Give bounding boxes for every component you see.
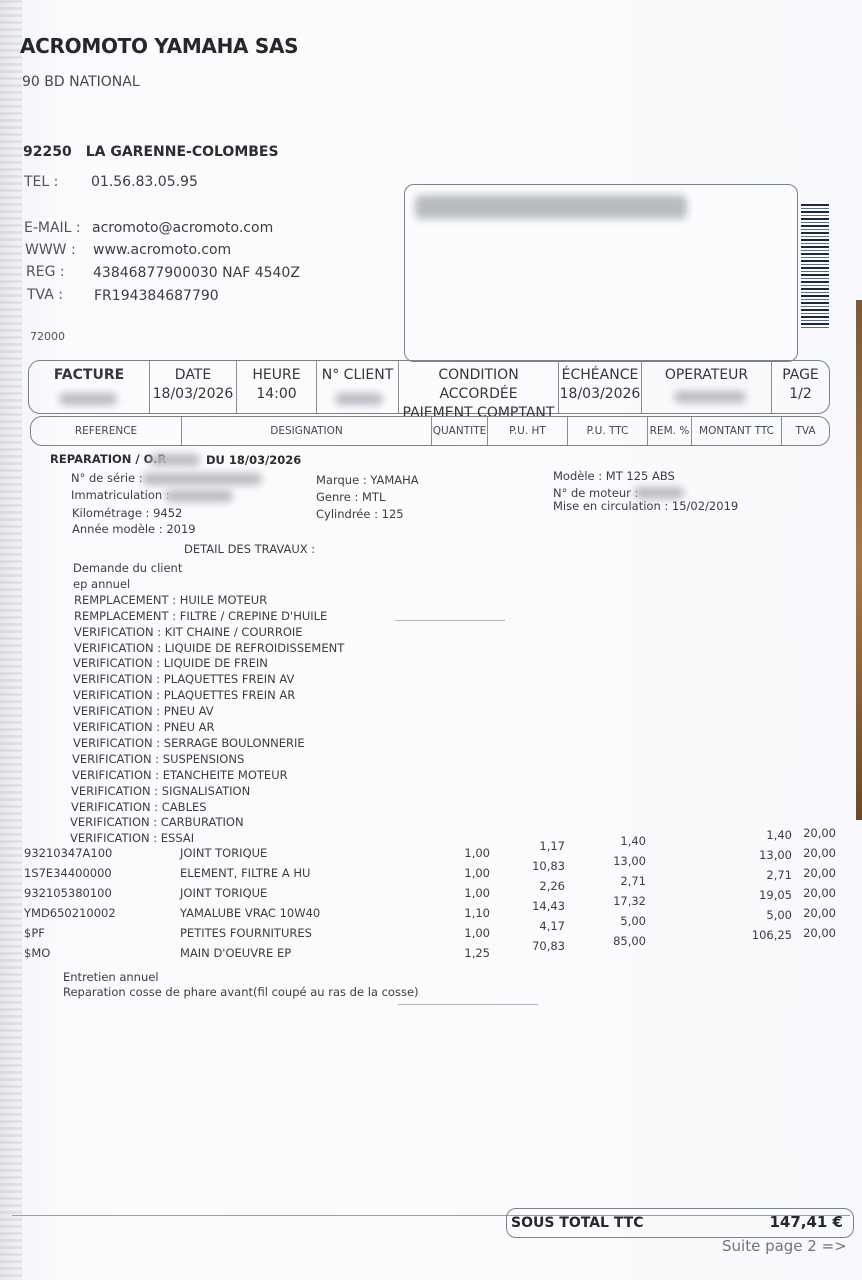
annee-modele: Année modèle : 2019	[72, 522, 196, 536]
work-line: VERIFICATION : LIQUIDE DE FREIN	[73, 656, 268, 670]
work-line: VERIFICATION : CABLES	[71, 800, 207, 814]
heure-label: HEURE	[237, 366, 316, 385]
mise-en-circulation: Mise en circulation : 15/02/2019	[553, 499, 738, 513]
item-quantity: 1,00	[430, 846, 490, 860]
item-reference: 932105380100	[24, 886, 112, 900]
tva-label: TVA :	[27, 287, 63, 303]
item-tva: 20,00	[776, 866, 836, 880]
item-pu-ht: 70,83	[505, 939, 565, 953]
reg-label: REG :	[26, 264, 65, 280]
work-line: ep annuel	[73, 577, 130, 591]
kilometrage: Kilométrage : 9452	[72, 506, 182, 520]
facture-label: FACTURE	[29, 366, 149, 385]
work-line: VERIFICATION : PLAQUETTES FREIN AR	[73, 688, 295, 702]
redacted-client-number	[335, 393, 383, 405]
note-2: Reparation cosse de phare avant(fil coup…	[63, 985, 419, 999]
item-reference: YMD650210002	[24, 906, 116, 920]
col-reference: REFERENCE	[31, 417, 181, 445]
item-tva: 20,00	[776, 906, 836, 920]
note-1: Entretien annuel	[63, 970, 159, 984]
background-edge	[856, 300, 862, 820]
redacted-serie	[142, 473, 262, 485]
heure-cell: HEURE 14:00	[236, 361, 316, 413]
item-tva: 20,00	[776, 926, 836, 940]
item-pu-ttc: 85,00	[586, 934, 646, 948]
item-pu-ttc: 13,00	[586, 854, 646, 868]
repair-title-date: DU 18/03/2026	[206, 453, 301, 467]
immat-label: Immatriculation :	[71, 488, 170, 502]
echeance-value: 18/03/2026	[559, 385, 641, 404]
item-designation: JOINT TORIQUE	[180, 886, 267, 900]
invoice-header-row: FACTURE DATE 18/03/2026 HEURE 14:00 N° C…	[28, 360, 830, 414]
item-designation: MAIN D'OEUVRE EP	[180, 946, 291, 960]
item-pu-ht: 2,26	[505, 879, 565, 893]
client-cell: N° CLIENT	[316, 361, 398, 413]
col-montant-ttc: MONTANT TTC	[691, 417, 781, 445]
work-line: VERIFICATION : PNEU AR	[73, 720, 215, 734]
barcode	[801, 204, 829, 328]
item-designation: YAMALUBE VRAC 10W40	[180, 906, 320, 920]
detail-title: DETAIL DES TRAVAUX :	[184, 542, 315, 556]
page-cell: PAGE 1/2	[771, 361, 829, 413]
item-reference: $PF	[24, 926, 45, 940]
recipient-address-box	[404, 184, 798, 362]
work-line: REMPLACEMENT : FILTRE / CREPINE D'HUILE	[74, 609, 327, 623]
email-value: acromoto@acromoto.com	[92, 220, 273, 236]
item-pu-ttc: 1,40	[586, 834, 646, 848]
date-label: DATE	[150, 366, 236, 385]
col-designation: DESIGNATION	[181, 417, 431, 445]
item-reference: 93210347A100	[24, 846, 112, 860]
item-tva: 20,00	[776, 846, 836, 860]
tel-value: 01.56.83.05.95	[91, 174, 198, 190]
redacted-or-number	[150, 454, 200, 466]
item-reference: 1S7E34400000	[24, 866, 112, 880]
work-line: REMPLACEMENT : HUILE MOTEUR	[74, 593, 267, 607]
modele: Modèle : MT 125 ABS	[553, 469, 675, 483]
item-pu-ht: 10,83	[505, 859, 565, 873]
item-quantity: 1,00	[430, 866, 490, 880]
item-designation: JOINT TORIQUE	[180, 846, 267, 860]
col-quantite: QUANTITE	[431, 417, 487, 445]
item-quantity: 1,25	[430, 946, 490, 960]
continued-note: Suite page 2 =>	[722, 1237, 847, 1255]
redacted-invoice-number	[59, 393, 117, 405]
item-tva: 20,00	[776, 886, 836, 900]
faint-dash	[395, 620, 505, 621]
col-pu-ttc: P.U. TTC	[567, 417, 647, 445]
work-line: VERIFICATION : ETANCHEITE MOTEUR	[72, 768, 288, 782]
col-tva: TVA	[781, 417, 829, 445]
work-line: VERIFICATION : SUSPENSIONS	[72, 752, 244, 766]
reg-value: 43846877900030 NAF 4540Z	[93, 265, 300, 281]
subtotal-box: SOUS TOTAL TTC 147,41 €	[506, 1208, 854, 1238]
cylindree: Cylindrée : 125	[316, 507, 404, 521]
item-pu-ttc: 17,32	[586, 894, 646, 908]
marque: Marque : YAMAHA	[316, 473, 419, 487]
client-label: N° CLIENT	[317, 366, 398, 385]
echeance-label: ÉCHÉANCE	[559, 366, 641, 385]
work-line: VERIFICATION : LIQUIDE DE REFROIDISSEMEN…	[74, 641, 344, 655]
company-name: ACROMOTO YAMAHA SAS	[20, 34, 298, 58]
redacted-recipient	[415, 195, 687, 219]
redacted-immat	[165, 490, 233, 502]
condition-label: CONDITION ACCORDÉE	[399, 366, 558, 404]
work-line: VERIFICATION : SIGNALISATION	[71, 784, 250, 798]
redacted-moteur	[634, 487, 684, 499]
item-quantity: 1,00	[430, 926, 490, 940]
column-header-row: REFERENCE DESIGNATION QUANTITE P.U. HT P…	[30, 416, 830, 446]
work-line: VERIFICATION : PNEU AV	[73, 704, 214, 718]
work-line: VERIFICATION : PLAQUETTES FREIN AV	[73, 672, 294, 686]
item-designation: ELEMENT, FILTRE A HU	[180, 866, 310, 880]
item-quantity: 1,10	[430, 906, 490, 920]
repair-title-prefix: REPARATION / O.R	[50, 452, 166, 466]
moteur-label: N° de moteur :	[553, 486, 638, 500]
invoice-page: ACROMOTO YAMAHA SAS 90 BD NATIONAL 92250…	[0, 0, 862, 1280]
item-quantity: 1,00	[430, 886, 490, 900]
item-pu-ttc: 2,71	[586, 874, 646, 888]
item-pu-ht: 4,17	[505, 919, 565, 933]
office-code: 72000	[30, 330, 65, 343]
operateur-cell: OPERATEUR	[641, 361, 771, 413]
date-value: 18/03/2026	[150, 385, 236, 404]
item-designation: PETITES FOURNITURES	[180, 926, 312, 940]
genre: Genre : MTL	[316, 490, 385, 504]
city-name: LA GARENNE-COLOMBES	[86, 144, 279, 160]
page-label: PAGE	[772, 366, 829, 385]
work-line: VERIFICATION : KIT CHAINE / COURROIE	[74, 625, 303, 639]
item-pu-ht: 1,17	[505, 839, 565, 853]
serie-label: N° de série :	[71, 471, 143, 485]
item-pu-ttc: 5,00	[586, 914, 646, 928]
item-reference: $MO	[24, 946, 50, 960]
www-value: www.acromoto.com	[93, 242, 231, 258]
work-line: Demande du client	[73, 561, 182, 575]
item-pu-ht: 14,43	[505, 899, 565, 913]
page-value: 1/2	[772, 385, 829, 404]
tva-value: FR194384687790	[94, 288, 219, 304]
operateur-label: OPERATEUR	[642, 366, 771, 385]
facture-cell: FACTURE	[29, 361, 149, 413]
subtotal-label: SOUS TOTAL TTC	[511, 1215, 644, 1231]
email-label: E-MAIL :	[24, 220, 81, 236]
www-label: WWW :	[25, 242, 76, 258]
echeance-cell: ÉCHÉANCE 18/03/2026	[558, 361, 641, 413]
subtotal-value: 147,41 €	[769, 1213, 843, 1231]
faint-dash	[398, 1004, 538, 1005]
work-line: VERIFICATION : CARBURATION	[70, 815, 244, 829]
page-edge-shadow	[0, 0, 22, 1280]
date-cell: DATE 18/03/2026	[149, 361, 236, 413]
tel-label: TEL :	[24, 174, 58, 190]
condition-cell: CONDITION ACCORDÉE PAIEMENT COMPTANT	[398, 361, 558, 413]
redacted-operator	[674, 391, 746, 403]
work-line: VERIFICATION : ESSAI	[70, 831, 194, 845]
item-tva: 20,00	[776, 826, 836, 840]
heure-value: 14:00	[237, 385, 316, 404]
company-city: 92250LA GARENNE-COLOMBES	[23, 144, 293, 160]
col-pu-ht: P.U. HT	[487, 417, 567, 445]
company-address: 90 BD NATIONAL	[22, 74, 140, 90]
postal-code: 92250	[23, 144, 72, 160]
work-line: VERIFICATION : SERRAGE BOULONNERIE	[73, 736, 305, 750]
col-remise: REM. %	[647, 417, 691, 445]
